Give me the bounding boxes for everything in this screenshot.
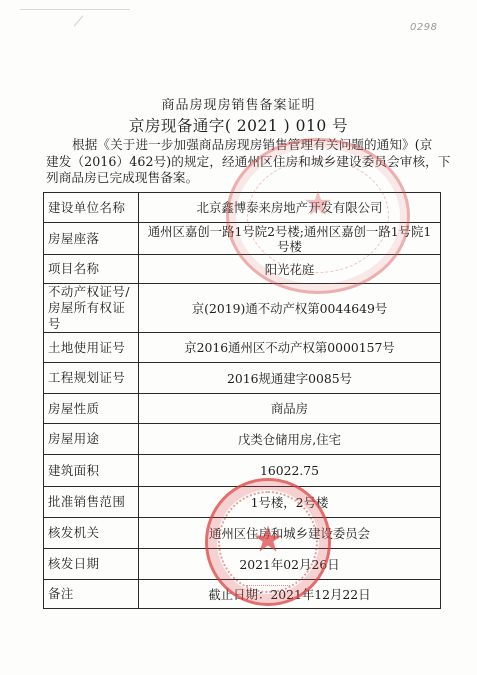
row-value: 16022.75 — [139, 455, 441, 487]
intro-line-3: 列商品房已完成现售备案。 — [46, 170, 446, 187]
row-label: 核发机关 — [44, 518, 139, 549]
table-row: 工程规划证号 2016规通建字0085号 — [44, 363, 441, 394]
scan-artifact-tick — [74, 15, 84, 26]
record-table: 建设单位名称 北京鑫博泰来房地产开发有限公司 房屋座落 通州区嘉创一路1号院2号… — [43, 192, 441, 609]
row-value: 通州区嘉创一路1号院2号楼;通州区嘉创一路1号院1号楼 — [139, 223, 441, 255]
table-row: 批准销售范围 1号楼，2号楼 — [44, 487, 441, 518]
table-row: 建筑面积 16022.75 — [44, 455, 441, 487]
document-title: 商品房现房销售备案证明 — [0, 94, 477, 113]
handwritten-page-number: 0298 — [410, 22, 437, 33]
table-row: 不动产权证号/房屋所有权证号 京(2019)通不动产权第0044649号 — [44, 284, 441, 333]
row-label: 不动产权证号/房屋所有权证号 — [44, 284, 139, 333]
table-row: 房屋性质 商品房 — [44, 394, 441, 424]
table-row: 建设单位名称 北京鑫博泰来房地产开发有限公司 — [44, 193, 441, 223]
row-label: 备注 — [44, 580, 139, 609]
row-label: 房屋用途 — [44, 424, 139, 455]
row-value: 截止日期：2021年12月22日 — [139, 580, 441, 609]
row-value: 通州区住房和城乡建设委员会 — [139, 518, 441, 549]
row-label: 工程规划证号 — [44, 363, 139, 394]
row-label: 房屋性质 — [44, 394, 139, 424]
row-label: 建筑面积 — [44, 455, 139, 487]
table-row: 备注 截止日期：2021年12月22日 — [44, 580, 441, 609]
row-label: 房屋座落 — [44, 223, 139, 255]
document-number: 京房现备通字( 2021 ) 010 号 — [0, 114, 477, 136]
row-value: 2016规通建字0085号 — [139, 363, 441, 394]
scan-artifact-line — [20, 9, 130, 10]
row-value: 1号楼，2号楼 — [139, 487, 441, 518]
intro-line-1: 根据《关于进一步加强商品房现房销售管理有关问题的通知》(京 — [46, 137, 446, 154]
table-row: 核发日期 2021年02月26日 — [44, 549, 441, 580]
row-value: 京(2019)通不动产权第0044649号 — [139, 284, 441, 333]
row-value: 京2016通州区不动产权第0000157号 — [139, 333, 441, 363]
row-value: 阳光花庭 — [139, 255, 441, 284]
table-row: 房屋用途 戊类仓储用房,住宅 — [44, 424, 441, 455]
row-value: 2021年02月26日 — [139, 549, 441, 580]
intro-line-2: 建发（2016）462号)的规定，经通州区住房和城乡建设委员会审核，下 — [46, 154, 446, 171]
row-label: 建设单位名称 — [44, 193, 139, 223]
row-label: 项目名称 — [44, 255, 139, 284]
row-label: 批准销售范围 — [44, 487, 139, 518]
table-row: 房屋座落 通州区嘉创一路1号院2号楼;通州区嘉创一路1号院1号楼 — [44, 223, 441, 255]
table-row: 项目名称 阳光花庭 — [44, 255, 441, 284]
row-value: 戊类仓储用房,住宅 — [139, 424, 441, 455]
row-label: 核发日期 — [44, 549, 139, 580]
row-value: 商品房 — [139, 394, 441, 424]
intro-paragraph: 根据《关于进一步加强商品房现房销售管理有关问题的通知》(京 建发（2016）46… — [46, 137, 446, 187]
table-row: 土地使用证号 京2016通州区不动产权第0000157号 — [44, 333, 441, 363]
table-row: 核发机关 通州区住房和城乡建设委员会 — [44, 518, 441, 549]
row-label: 土地使用证号 — [44, 333, 139, 363]
row-value: 北京鑫博泰来房地产开发有限公司 — [139, 193, 441, 223]
